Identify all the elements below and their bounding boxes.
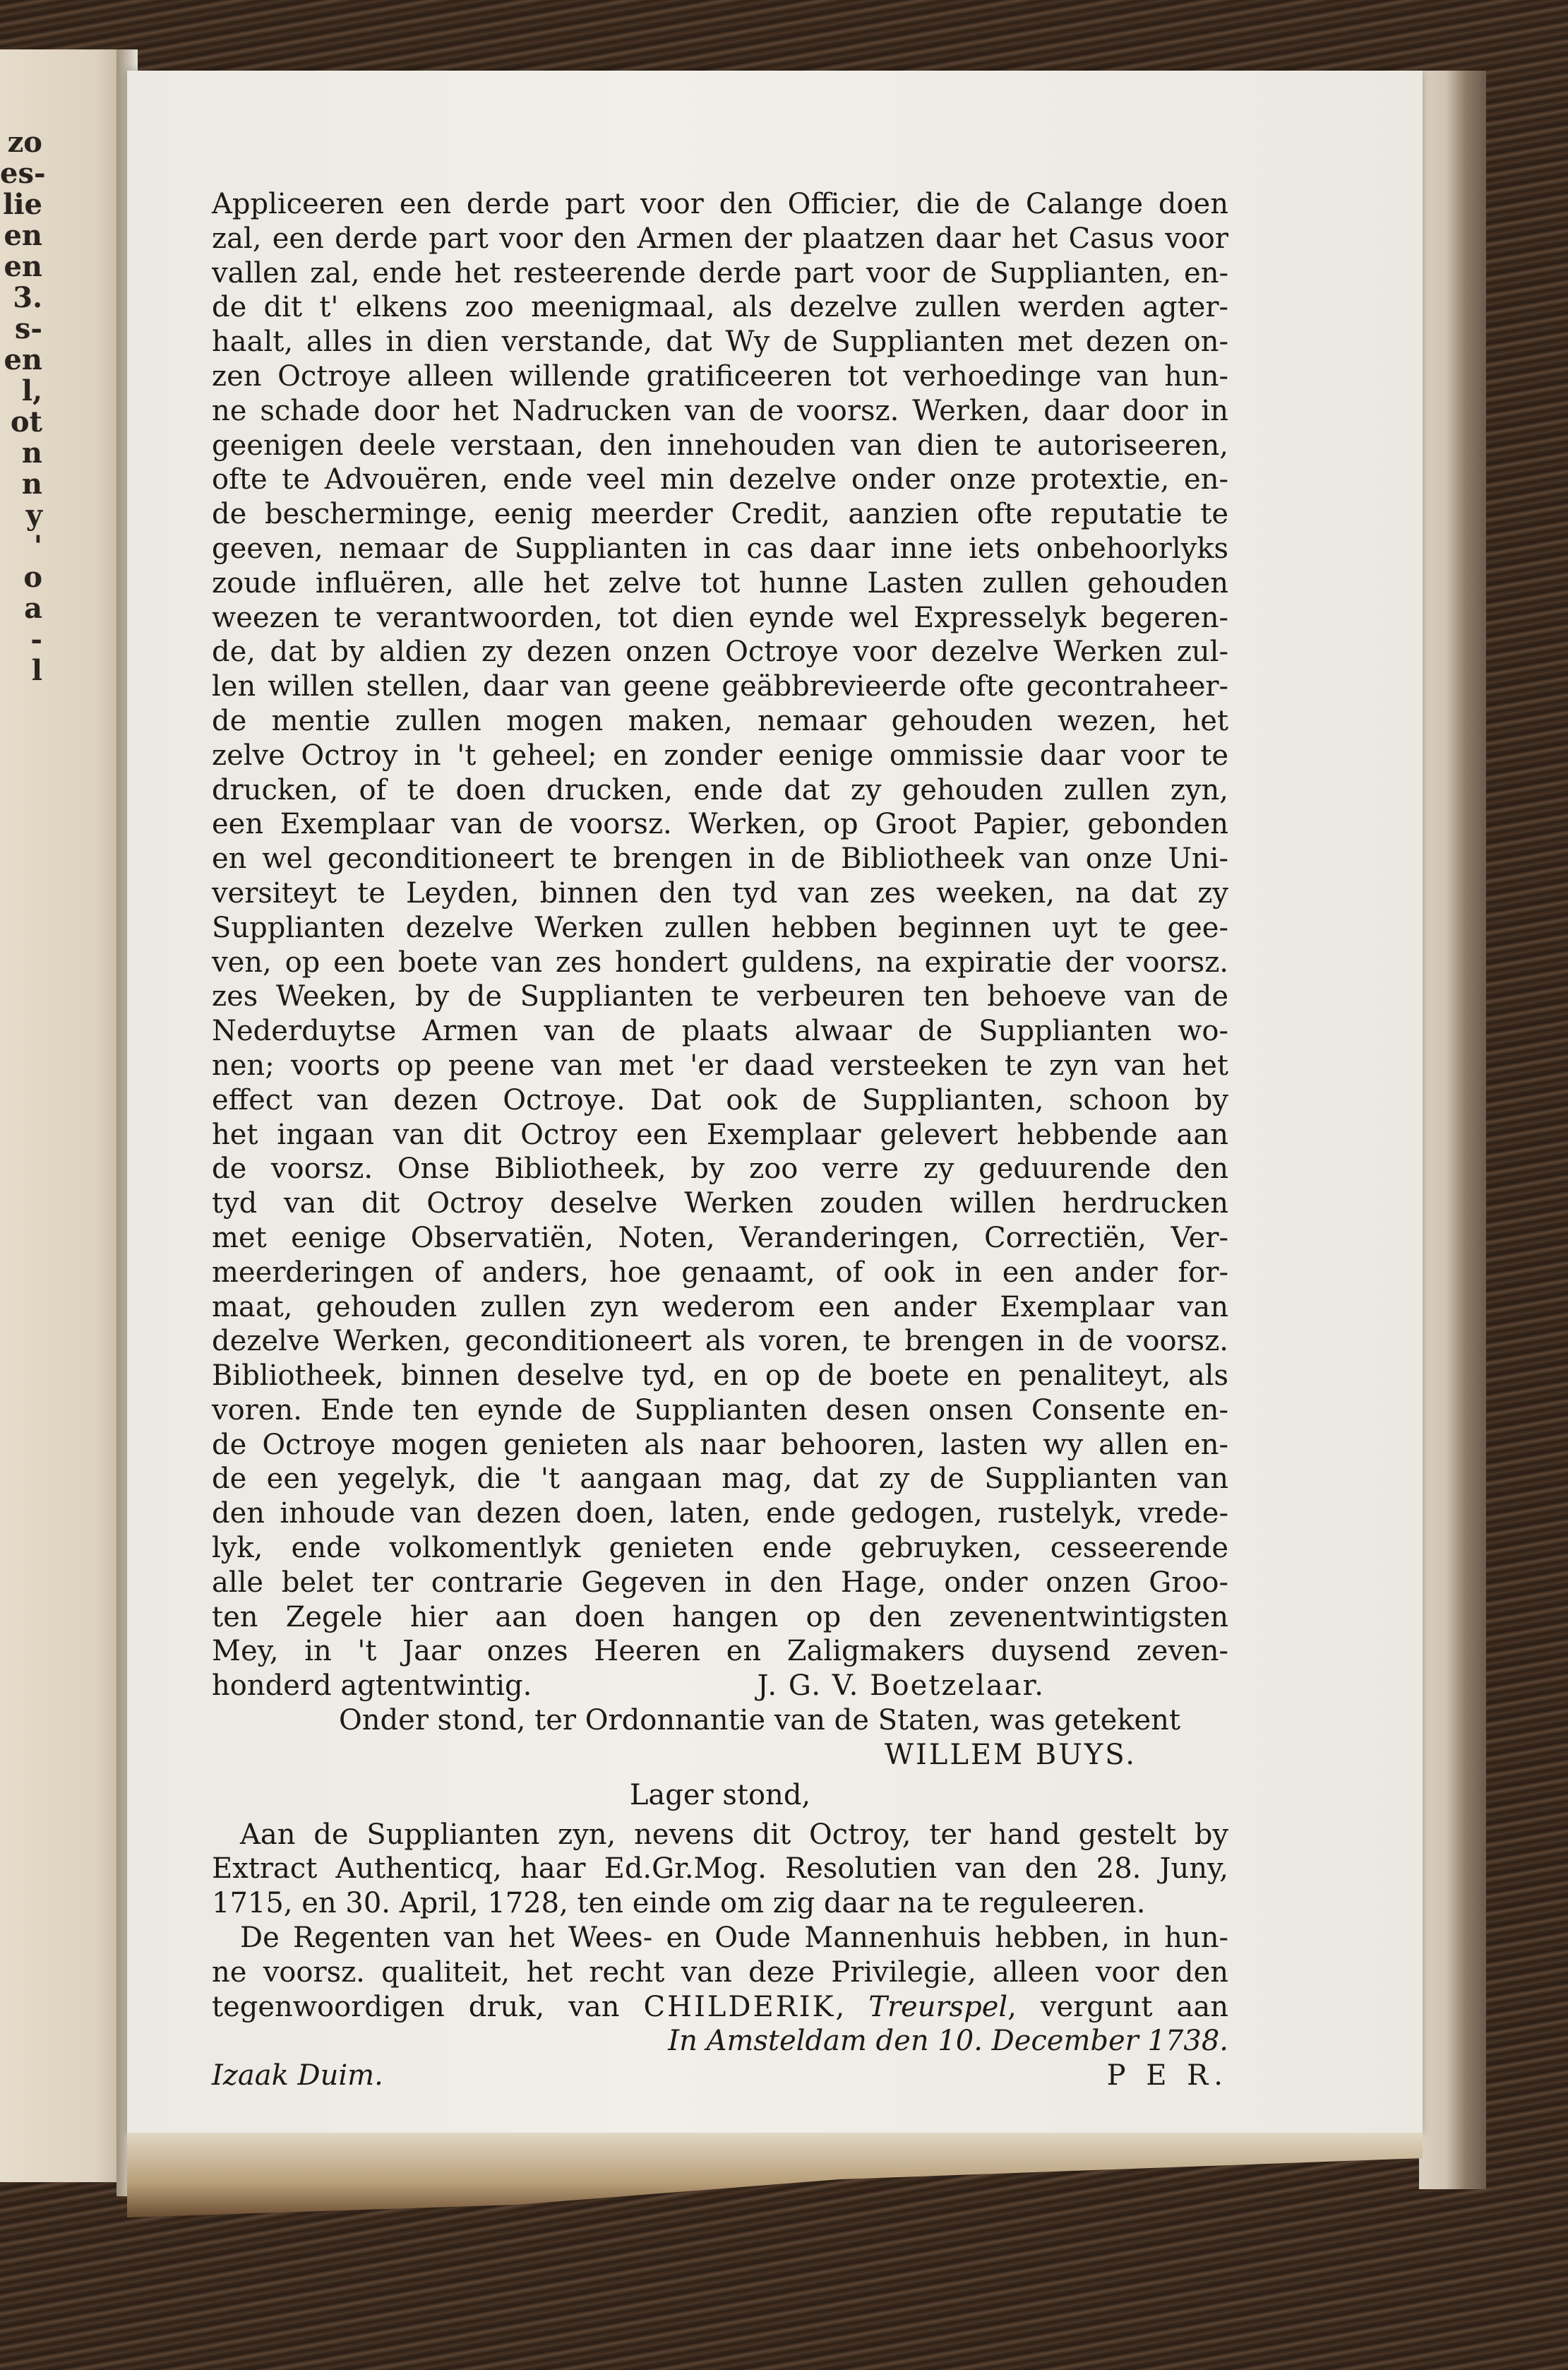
left-fragment: ot xyxy=(0,407,42,438)
text-line: dezelve Werken, geconditioneert als vore… xyxy=(212,1324,1228,1359)
text-line: ne voorsz. qualiteit, het recht van deze… xyxy=(212,1955,1228,1990)
text-line: en wel geconditioneert te brengen in de … xyxy=(212,842,1228,876)
left-fragment: en xyxy=(0,220,42,251)
book-edge xyxy=(1419,71,1486,2189)
text-line: Nederduytse Armen van de plaats alwaar d… xyxy=(212,1014,1228,1049)
play-title: CHILDERIK xyxy=(644,1991,836,2023)
text-line: versiteyt te Leyden, binnen den tyd van … xyxy=(212,876,1228,911)
left-page-text-fragments: zoes-lieenen3.s-enl,otnny'oa-l xyxy=(0,127,42,686)
text-line: zes Weeken, by de Supplianten te verbeur… xyxy=(212,979,1228,1014)
colophon-row: Izaak Duim. P E R. xyxy=(212,2059,1228,2093)
regents-section: De Regenten van het Wees- en Oude Mannen… xyxy=(212,1921,1228,1990)
text-line: Extract Authenticq, haar Ed.Gr.Mog. Reso… xyxy=(212,1852,1228,1886)
text-line: met eenige Observatiën, Noten, Veranderi… xyxy=(212,1221,1228,1256)
left-fragment: o xyxy=(0,562,42,593)
signature-mark: P E R. xyxy=(1107,2059,1228,2093)
under-line: Onder stond, ter Ordonnantie van de Stat… xyxy=(212,1703,1228,1738)
text-line: de mentie zullen mogen maken, nemaar geh… xyxy=(212,704,1228,739)
text-line: geeven, nemaar de Supplianten in cas daa… xyxy=(212,532,1228,566)
text-line: maat, gehouden zullen zyn wederom een an… xyxy=(212,1290,1228,1325)
text-line: ten Zegele hier aan doen hangen op den z… xyxy=(212,1600,1228,1635)
left-fragment: lie xyxy=(0,189,42,220)
left-fragment: ' xyxy=(0,531,42,562)
text-line: zoude influëren, alle het zelve tot hunn… xyxy=(212,566,1228,601)
left-fragment: en xyxy=(0,251,42,282)
dating-signature-row: honderd agtentwintig. J. G. V. Boetzelaa… xyxy=(212,1669,1228,1703)
regents-last-line: tegenwoordigen druk, van CHILDERIK, Treu… xyxy=(212,1990,1228,2025)
left-fragment: l xyxy=(0,655,42,686)
left-fragment: n xyxy=(0,438,42,469)
text-line: ofte te Advouëren, ende veel min dezelve… xyxy=(212,463,1228,497)
text-line: de Octroye mogen genieten als naar behoo… xyxy=(212,1428,1228,1463)
text-line: Appliceeren een derde part voor den Offi… xyxy=(212,187,1228,222)
text-line: haalt, alles in dien verstande, dat Wy d… xyxy=(212,325,1228,359)
text-line: Aan de Supplianten zyn, nevens dit Octro… xyxy=(212,1818,1228,1852)
lower-heading: Lager stond, xyxy=(212,1773,1228,1818)
regents-text: tegenwoordigen druk, van xyxy=(212,1991,644,2023)
left-fragment: en xyxy=(0,345,42,376)
text-line: de, dat by aldien zy dezen onzen Octroye… xyxy=(212,635,1228,669)
text-line: Mey, in 't Jaar onzes Heeren en Zaligmak… xyxy=(212,1634,1228,1669)
text-line: nen; voorts op peene van met 'er daad ve… xyxy=(212,1049,1228,1083)
place-date: In Amsteldam den 10. December 1738. xyxy=(212,2024,1228,2059)
left-fragment: a xyxy=(0,593,42,624)
text-line: den inhoude van dezen doen, laten, ende … xyxy=(212,1496,1228,1531)
text-line: lyk, ende volkomentlyk genieten ende geb… xyxy=(212,1531,1228,1566)
text-line: weezen te verantwoorden, tot dien eynde … xyxy=(212,601,1228,636)
text-line: zal, een derde part voor den Armen der p… xyxy=(212,222,1228,256)
text-line: alle belet ter contrarie Gegeven in den … xyxy=(212,1566,1228,1600)
text-line: drucken, of te doen drucken, ende dat zy… xyxy=(212,773,1228,808)
text-line: de bescherminge, eenig meerder Credit, a… xyxy=(212,497,1228,532)
text-line: zelve Octroy in 't geheel; en zonder een… xyxy=(212,739,1228,773)
comma: , xyxy=(835,1991,868,2023)
left-fragment: n xyxy=(0,469,42,500)
left-fragment: l, xyxy=(0,376,42,407)
text-line: Bibliotheek, binnen deselve tyd, en op d… xyxy=(212,1359,1228,1393)
text-line: 1715, en 30. April, 1728, ten einde om z… xyxy=(212,1886,1228,1921)
dating-line: honderd agtentwintig. xyxy=(212,1669,532,1703)
regents-text-end: , vergunt aan xyxy=(1007,1991,1228,2023)
text-line: het ingaan van dit Octroy een Exemplaar … xyxy=(212,1118,1228,1153)
secretary-name: WILLEM BUYS. xyxy=(212,1738,1228,1773)
text-line: Supplianten dezelve Werken zullen hebben… xyxy=(212,911,1228,946)
text-line: tyd van dit Octroy deselve Werken zouden… xyxy=(212,1186,1228,1221)
lower-section: Aan de Supplianten zyn, nevens dit Octro… xyxy=(212,1818,1228,1921)
left-fragment: - xyxy=(0,624,42,655)
play-genre: Treurspel xyxy=(868,1991,1007,2023)
left-fragment: zo xyxy=(0,127,42,158)
left-fragment: 3. xyxy=(0,282,42,314)
text-line: len willen stellen, daar van geene geäbb… xyxy=(212,669,1228,704)
left-fragment: es- xyxy=(0,158,42,189)
text-line: De Regenten van het Wees- en Oude Mannen… xyxy=(212,1921,1228,1955)
text-line: ne schade door het Nadrucken van de voor… xyxy=(212,394,1228,429)
text-line: de voorsz. Onse Bibliotheek, by zoo verr… xyxy=(212,1152,1228,1186)
left-fragment: s- xyxy=(0,314,42,345)
text-line: de dit t' elkens zoo meenigmaal, als dez… xyxy=(212,290,1228,325)
signatory: J. G. V. Boetzelaar. xyxy=(757,1669,1228,1703)
text-line: de een yegelyk, die 't aangaan mag, dat … xyxy=(212,1462,1228,1496)
privilege-body: Appliceeren een derde part voor den Offi… xyxy=(212,187,1228,1669)
left-page: zoes-lieenen3.s-enl,otnny'oa-l xyxy=(0,49,122,2182)
text-line: meerderingen of anders, hoe genaamt, of … xyxy=(212,1256,1228,1290)
text-line: ven, op een boete van zes hondert gulden… xyxy=(212,946,1228,980)
text-line: zen Octroye alleen willende gratificeere… xyxy=(212,359,1228,394)
text-line: vallen zal, ende het resteerende derde p… xyxy=(212,256,1228,291)
privilege-text: Appliceeren een derde part voor den Offi… xyxy=(212,187,1228,2093)
left-fragment: y xyxy=(0,500,42,531)
text-line: een Exemplaar van de voorsz. Werken, op … xyxy=(212,807,1228,842)
text-line: effect van dezen Octroye. Dat ook de Sup… xyxy=(212,1083,1228,1118)
text-line: voren. Ende ten eynde de Supplianten des… xyxy=(212,1393,1228,1428)
printer-name: Izaak Duim. xyxy=(212,2059,383,2093)
text-line: geenigen deele verstaan, den innehouden … xyxy=(212,429,1228,463)
page-bottom-edge xyxy=(127,2133,1423,2217)
